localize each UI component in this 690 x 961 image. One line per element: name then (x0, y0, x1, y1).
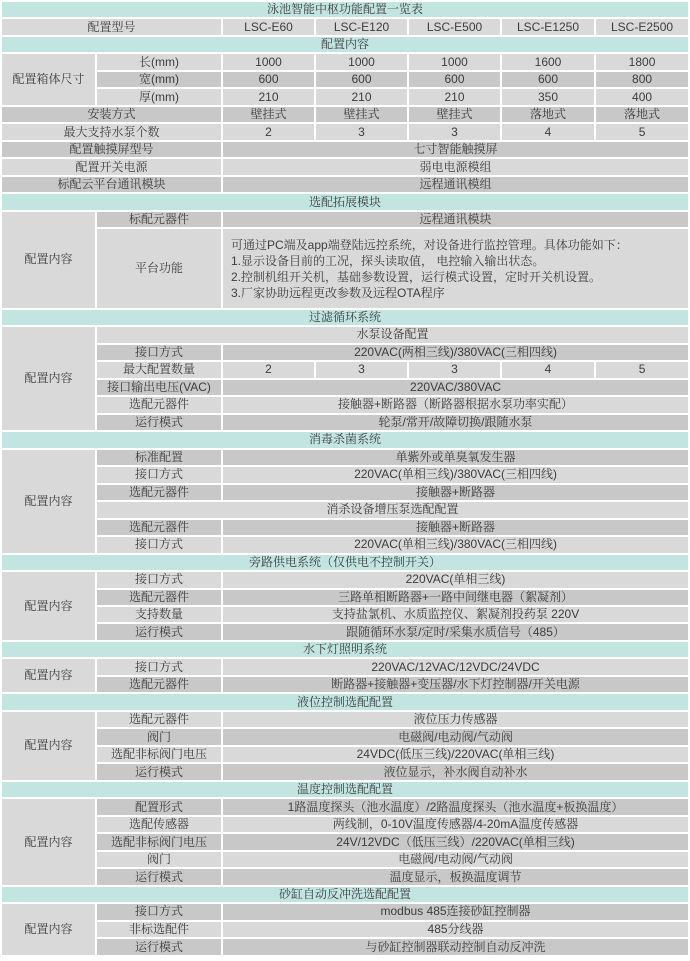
text-line: 可通过PC端及app端登陆远控系统，对设备进行监控管理。具体功能如下： (231, 237, 680, 253)
cell-value: 600 (223, 72, 314, 87)
cell-value: 5 (596, 124, 688, 139)
cell-value: 24V/12VDC（低压三线）/220VAC(单相三线) (223, 834, 688, 849)
table-body: 泳池智能中枢功能配置一览表配置型号LSC-E60LSC-E120LSC-E500… (2, 2, 688, 955)
row-label: 运行模式 (97, 764, 221, 779)
group-label: 配置内容 (2, 327, 95, 430)
cell-value: 落地式 (502, 107, 594, 122)
cell-value: 1600 (502, 54, 594, 69)
cell-value: 七寸智能触摸屏 (223, 142, 688, 157)
row-label: 最大支持水泵个数 (2, 124, 221, 139)
cell-value: 600 (316, 72, 407, 87)
cell-value: 400 (596, 89, 688, 104)
row-label: 配置触摸屏型号 (2, 142, 221, 157)
row-label: 接口方式 (97, 904, 221, 919)
cell-value: 4 (502, 362, 594, 377)
cell-value: 210 (409, 89, 500, 104)
section-header: 配置内容 (2, 37, 688, 52)
row-label: 运行模式 (97, 939, 221, 955)
cell-value: 两线制，0-10V温度传感器/4-20mA温度传感器 (223, 817, 688, 832)
row-label: 选配元器件 (97, 485, 221, 500)
cell-value: 2 (223, 124, 314, 139)
cell-value: 电磁阀/电动阀/气动阀 (223, 852, 688, 867)
row-label: 标准配置 (97, 450, 221, 465)
cell-value: 轮泵/常开/故障切换/跟随水泵 (223, 415, 688, 430)
group-label: 配置内容 (2, 572, 95, 640)
cell-value: 485分线器 (223, 922, 688, 937)
row-label: 标配元器件 (97, 212, 221, 227)
cell-value: 4 (502, 124, 594, 139)
cell-value: 与砂缸控制器联动控制自动反冲洗 (223, 939, 688, 955)
cell-value: 液位压力传感器 (223, 712, 688, 727)
model-name: LSC-E1250 (502, 19, 594, 34)
cell-value: 电磁阀/电动阀/气动阀 (223, 729, 688, 744)
row-label: 运行模式 (97, 624, 221, 639)
row-label: 接口方式 (97, 345, 221, 360)
cell-value: modbus 485连接砂缸控制器 (223, 904, 688, 919)
group-label: 配置内容 (2, 659, 95, 692)
row-label: 选配非标阀门电压 (97, 747, 221, 762)
cell-value: 三路单相断路器+一路中间继电器（絮凝剂） (223, 590, 688, 605)
cell-value: 可通过PC端及app端登陆远控系统，对设备进行监控管理。具体功能如下：1.显示设… (223, 229, 688, 307)
cell-value: 600 (502, 72, 594, 87)
row-label: 宽(mm) (97, 72, 221, 87)
section-header: 消毒杀菌系统 (2, 432, 688, 447)
cell-value: 210 (316, 89, 407, 104)
row-label: 接口方式 (97, 572, 221, 587)
text-line: 3.厂家协助远程更改参数及远程OTA程序 (231, 285, 680, 301)
group-label: 配置箱体尺寸 (2, 54, 95, 104)
group-label: 配置内容 (2, 450, 95, 553)
cell-value: 1路温度探头（池水温度）/2路温度探头（池水温度+板换温度） (223, 799, 688, 814)
row-label: 安装方式 (2, 107, 221, 122)
section-header: 水下灯照明系统 (2, 642, 688, 657)
cell-value: 壁挂式 (409, 107, 500, 122)
section-header: 过滤循环系统 (2, 310, 688, 325)
cell-value: 2 (223, 362, 314, 377)
cell-value: 远程通讯模组 (223, 177, 688, 192)
row-label: 厚(mm) (97, 89, 221, 104)
cell-value: 1000 (409, 54, 500, 69)
row-label: 运行模式 (97, 415, 221, 430)
group-label: 配置内容 (2, 904, 95, 955)
row-label: 长(mm) (97, 54, 221, 69)
row-label: 非标选配件 (97, 922, 221, 937)
cell-value: 220VAC(两相三线)/380VAC(三相四线) (223, 345, 688, 360)
row-label: 运行模式 (97, 869, 221, 884)
cell-value: 3 (409, 362, 500, 377)
cell-value: 210 (223, 89, 314, 104)
cell-value: 接触器+断路器 (223, 520, 688, 535)
row-label: 接口方式 (97, 537, 221, 552)
model-name: LSC-E120 (316, 19, 407, 34)
cell-value: 壁挂式 (223, 107, 314, 122)
cell-value: 壁挂式 (316, 107, 407, 122)
cell-value: 600 (409, 72, 500, 87)
cell-value: 接触器+断路器 (223, 485, 688, 500)
cell-value: 弱电电源模组 (223, 159, 688, 174)
config-table: 泳池智能中枢功能配置一览表配置型号LSC-E60LSC-E120LSC-E500… (0, 0, 690, 957)
cell-value: 跟随循环水泵/定时/采集水质信号（485） (223, 624, 688, 639)
cell-value: 接触器+断路器（断路器根据水泵功率实配） (223, 397, 688, 412)
cell-value: 220VAC/12VAC/12VDC/24VDC (223, 659, 688, 674)
group-label: 配置内容 (2, 712, 95, 780)
cell-value: 220VAC(单相三线) (223, 572, 688, 587)
section-header: 砂缸自动反冲洗选配配置 (2, 887, 688, 902)
row-label: 配置形式 (97, 799, 221, 814)
cell-value: 800 (596, 72, 688, 87)
cell-value: 单紫外或单臭氧发生器 (223, 450, 688, 465)
cell-value: 3 (316, 124, 407, 139)
row-label: 配置开关电源 (2, 159, 221, 174)
group-label: 配置内容 (2, 799, 95, 884)
cell-value: 温度显示，板换温度调节 (223, 869, 688, 884)
model-name: LSC-E500 (409, 19, 500, 34)
section-header: 液位控制选配配置 (2, 694, 688, 709)
text-line: 2.控制机组开关机，基础参数设置，运行模式设置，定时开关机设置。 (231, 269, 680, 285)
subheader: 水泵设备配置 (97, 327, 688, 342)
cell-value: 350 (502, 89, 594, 104)
cell-value: 1000 (316, 54, 407, 69)
cell-value: 220VAC(单相三线)/380VAC(三相四线) (223, 537, 688, 552)
cell-value: 液位显示，补水阀自动补水 (223, 764, 688, 779)
row-label: 平台功能 (97, 229, 221, 307)
subheader: 消杀设备增压泵选配配置 (97, 502, 688, 517)
table-title: 泳池智能中枢功能配置一览表 (2, 2, 688, 17)
row-label: 接口输出电压(VAC) (97, 380, 221, 395)
section-header: 温度控制选配配置 (2, 782, 688, 797)
row-label: 选配传感器 (97, 817, 221, 832)
spec-sheet-page: 泳池智能中枢功能配置一览表配置型号LSC-E60LSC-E120LSC-E500… (0, 0, 690, 961)
section-header: 选配拓展模块 (2, 194, 688, 209)
row-label: 接口方式 (97, 467, 221, 482)
model-name: LSC-E2500 (596, 19, 688, 34)
row-label: 标配云平台通讯模块 (2, 177, 221, 192)
cell-value: 220VAC(单相三线)/380VAC(三相四线) (223, 467, 688, 482)
row-label: 阀门 (97, 852, 221, 867)
cell-value: 3 (316, 362, 407, 377)
cell-value: 支持盐氯机、水质监控仪、絮凝剂投药泵 220V (223, 607, 688, 622)
row-label: 选配非标阀门电压 (97, 834, 221, 849)
group-label: 配置内容 (2, 212, 95, 308)
row-label: 配置型号 (2, 19, 221, 34)
row-label: 选配元器件 (97, 712, 221, 727)
cell-value: 断路器+接触器+变压器/水下灯控制器/开关电源 (223, 677, 688, 692)
row-label: 阀门 (97, 729, 221, 744)
row-label: 支持数量 (97, 607, 221, 622)
row-label: 选配元器件 (97, 590, 221, 605)
row-label: 选配元器件 (97, 520, 221, 535)
cell-value: 1800 (596, 54, 688, 69)
row-label: 接口方式 (97, 659, 221, 674)
cell-value: 落地式 (596, 107, 688, 122)
cell-value: 远程通讯模块 (223, 212, 688, 227)
cell-value: 220VAC/380VAC (223, 380, 688, 395)
section-header: 旁路供电系统（仅供电不控制开关） (2, 555, 688, 570)
cell-value: 5 (596, 362, 688, 377)
cell-value: 24VDC(低压三线)/220VAC(单相三线) (223, 747, 688, 762)
row-label: 选配元器件 (97, 397, 221, 412)
model-name: LSC-E60 (223, 19, 314, 34)
row-label: 选配元器件 (97, 677, 221, 692)
text-line: 1.显示设备目前的工况，探头读取值， 电控输入输出状态。 (231, 253, 680, 269)
row-label: 最大配置数量 (97, 362, 221, 377)
cell-value: 1000 (223, 54, 314, 69)
cell-value: 3 (409, 124, 500, 139)
